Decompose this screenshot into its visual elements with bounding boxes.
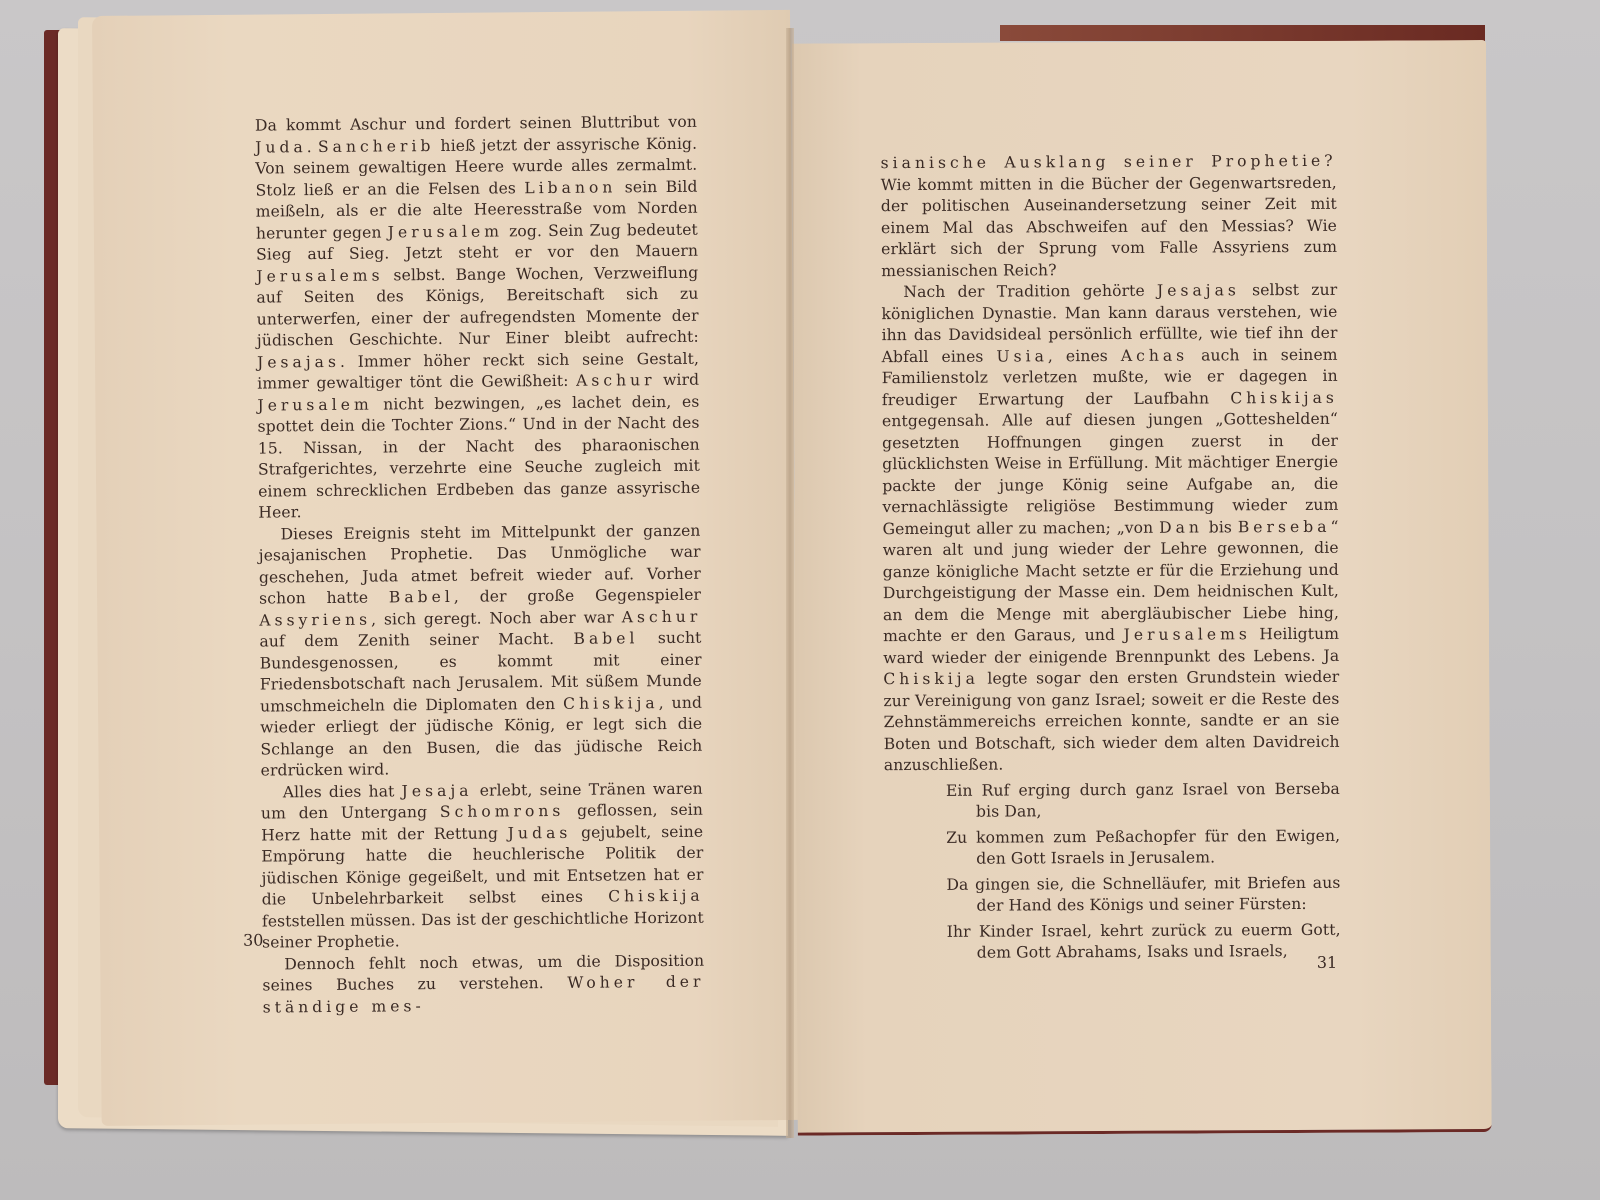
right-page: sianische Ausklang seiner Prophetie? Wie… bbox=[792, 40, 1492, 1136]
emphasized-name: Sancherib bbox=[318, 137, 435, 156]
emphasized-name: Berseba bbox=[1238, 517, 1331, 535]
book-cover-right-top-edge bbox=[1000, 25, 1485, 41]
emphasized-name: Babel bbox=[389, 588, 454, 607]
page-number-right: 31 bbox=[1317, 953, 1337, 972]
emphasized-name: Aschur bbox=[622, 607, 702, 626]
emphasized-name: Chiskija bbox=[608, 887, 704, 906]
emphasized-name: Woher der ständige mes- bbox=[263, 973, 705, 1016]
paragraph: Dieses Ereignis steht im Mittelpunkt der… bbox=[258, 520, 702, 782]
paragraph: Alles dies hat Jesaja erlebt, seine Trän… bbox=[261, 778, 704, 954]
paragraph: Dennoch fehlt noch etwas, um die Disposi… bbox=[262, 950, 705, 1018]
emphasized-name: Chiskija bbox=[883, 670, 979, 689]
emphasized-name: Jerusalems bbox=[1124, 625, 1251, 644]
emphasized-name: Jerusalem bbox=[388, 222, 503, 241]
paragraph: Nach der Tradition gehörte Jesajas selbs… bbox=[881, 280, 1340, 777]
verse-line: Da gingen sie, die Schnelläufer, mit Bri… bbox=[946, 872, 1340, 917]
verse-line: Ihr Kinder Israel, kehrt zurück zu euerm… bbox=[947, 919, 1341, 964]
book-gutter bbox=[786, 28, 794, 1138]
paragraph: Da kommt Aschur und fordert seinen Blutt… bbox=[255, 112, 701, 524]
verse-line: Ein Ruf erging durch ganz Israel von Ber… bbox=[946, 778, 1340, 823]
emphasized-name: Schomrons bbox=[440, 802, 565, 821]
left-page: Da kommt Aschur und fordert seinen Blutt… bbox=[92, 10, 800, 1126]
page-number-left: 30 bbox=[243, 931, 264, 950]
emphasized-name: Achas bbox=[1121, 346, 1188, 364]
paragraph: sianische Ausklang seiner Prophetie? Wie… bbox=[881, 151, 1338, 282]
emphasized-name: Assyriens bbox=[259, 610, 371, 629]
emphasized-name: Babel bbox=[573, 629, 638, 648]
emphasized-name: Dan bbox=[1159, 518, 1203, 536]
emphasized-name: Jesajas bbox=[257, 352, 340, 371]
emphasized-name: Juda bbox=[255, 138, 307, 156]
verse-line: Zu kommen zum Peßachopfer für den Ewigen… bbox=[946, 825, 1340, 870]
emphasized-name: Aschur bbox=[576, 371, 656, 390]
emphasized-name: Jerusalems bbox=[256, 266, 383, 285]
right-page-text: sianische Ausklang seiner Prophetie? Wie… bbox=[881, 151, 1341, 969]
emphasized-name: Chiskija bbox=[563, 694, 659, 713]
verse-quotation: Ein Ruf erging durch ganz Israel von Ber… bbox=[946, 778, 1341, 964]
emphasized-name: Jesajas bbox=[1157, 281, 1240, 299]
emphasized-name: sianische Ausklang seiner Prophetie? bbox=[881, 152, 1337, 172]
left-page-text: Da kommt Aschur und fordert seinen Blutt… bbox=[255, 112, 705, 1019]
emphasized-name: Libanon bbox=[524, 178, 616, 197]
emphasized-name: Usia bbox=[996, 347, 1048, 365]
emphasized-name: Jerusalem bbox=[257, 395, 372, 414]
emphasized-name: Chiskijas bbox=[1230, 388, 1338, 407]
emphasized-name: Judas bbox=[508, 823, 572, 842]
emphasized-name: Jesaja bbox=[402, 781, 473, 800]
